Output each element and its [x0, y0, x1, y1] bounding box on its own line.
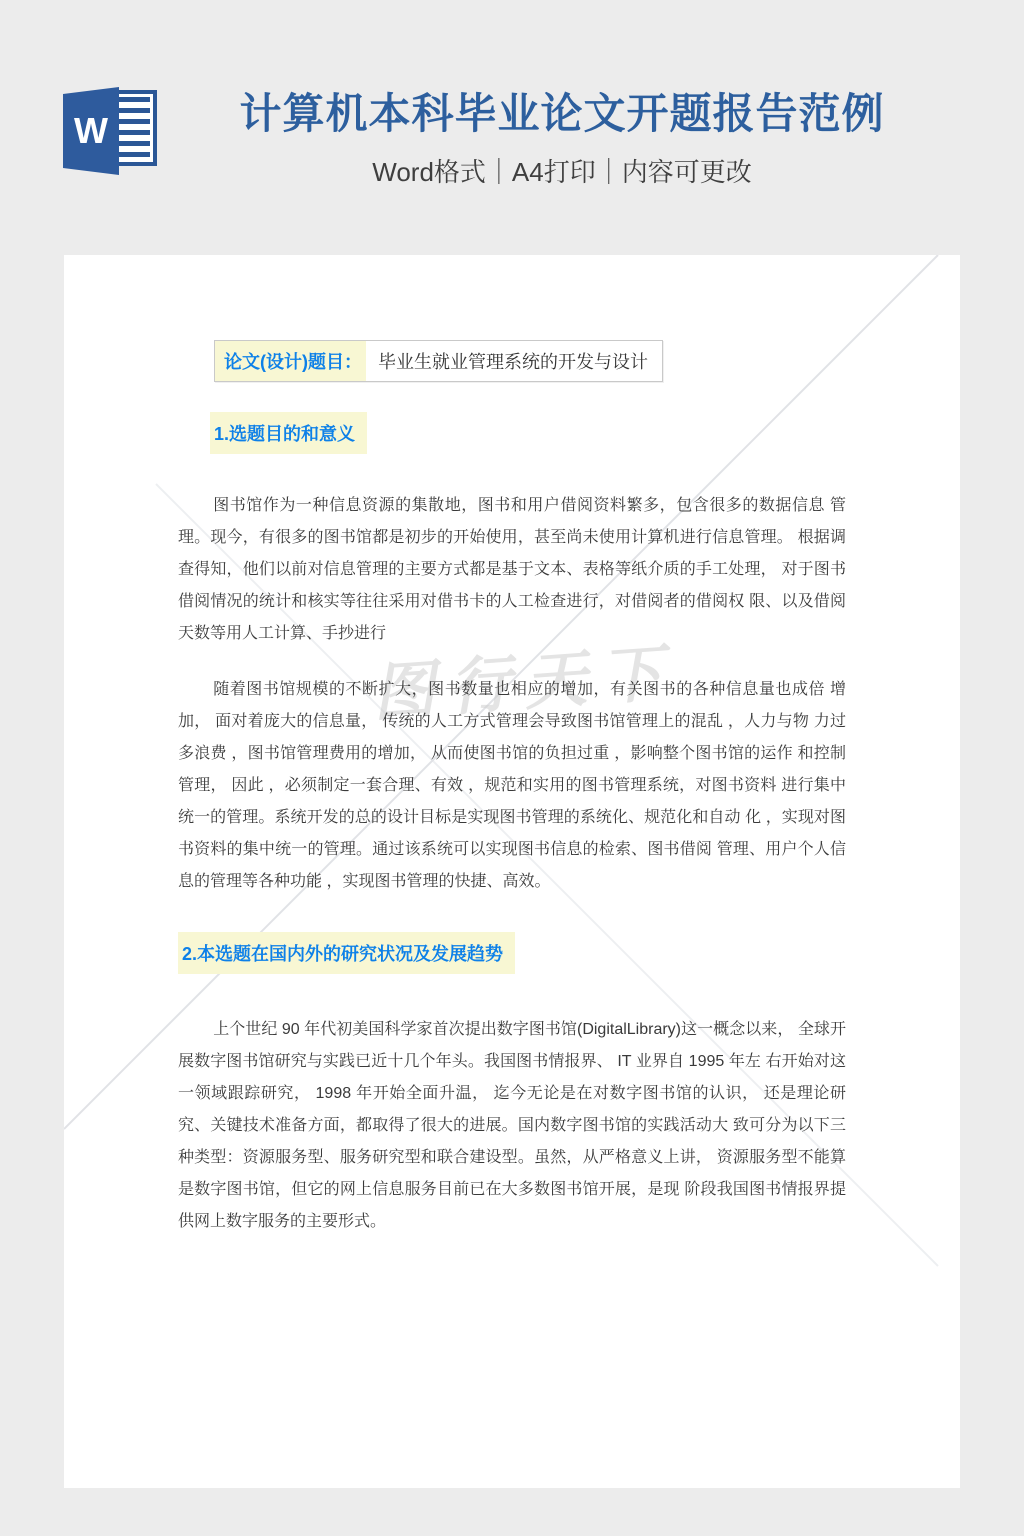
header: W 计算机本科毕业论文开题报告范例 Word格式｜A4打印｜内容可更改 — [0, 0, 1024, 230]
header-text: 计算机本科毕业论文开题报告范例 Word格式｜A4打印｜内容可更改 — [160, 88, 964, 189]
page-subtitle: Word格式｜A4打印｜内容可更改 — [160, 152, 964, 189]
section-1-paragraph-1: 图书馆作为一种信息资源的集散地，图书和用户借阅资料繁多，包含很多的数据信息 管理… — [178, 490, 846, 650]
document-page: 图行天下 论文(设计)题目： 毕业生就业管理系统的开发与设计 1.选题目的和意义… — [64, 255, 960, 1488]
section-2: 2.本选题在国内外的研究状况及发展趋势 上个世纪 90 年代初美国科学家首次提出… — [178, 922, 846, 1238]
page-title: 计算机本科毕业论文开题报告范例 — [160, 88, 964, 140]
thesis-title-value: 毕业生就业管理系统的开发与设计 — [366, 341, 662, 381]
thesis-title-label: 论文(设计)题目： — [215, 341, 366, 381]
section-1-paragraph-2: 随着图书馆规模的不断扩大，图书数量也相应的增加，有关图书的各种信息量也成倍 增加… — [178, 674, 846, 898]
section-2-heading: 2.本选题在国内外的研究状况及发展趋势 — [178, 932, 515, 974]
word-logo-letter: W — [63, 87, 119, 175]
document-content: 论文(设计)题目： 毕业生就业管理系统的开发与设计 1.选题目的和意义 图书馆作… — [64, 255, 960, 1238]
thesis-title-row: 论文(设计)题目： 毕业生就业管理系统的开发与设计 — [214, 340, 663, 382]
section-1-heading: 1.选题目的和意义 — [210, 412, 367, 454]
word-logo-icon: W — [63, 87, 157, 175]
page-root: { "header": { "logo_letter": "W", "title… — [0, 0, 1024, 1536]
section-2-paragraph-1: 上个世纪 90 年代初美国科学家首次提出数字图书馆(DigitalLibrary… — [178, 1014, 846, 1238]
section-1: 1.选题目的和意义 图书馆作为一种信息资源的集散地，图书和用户借阅资料繁多，包含… — [178, 382, 846, 898]
